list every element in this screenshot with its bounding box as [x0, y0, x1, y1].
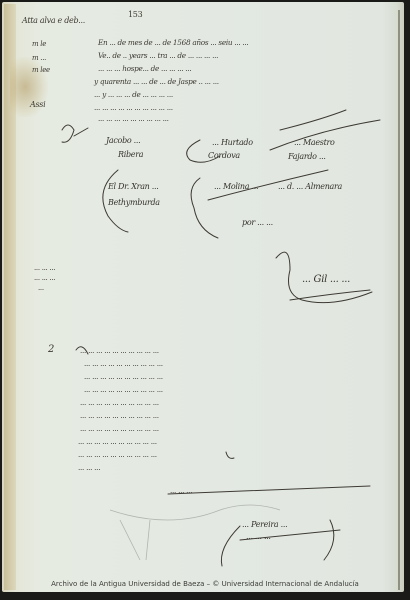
scan-bottom-edge — [0, 592, 410, 600]
handwriting-flourishes — [0, 0, 410, 600]
archive-credit: Archivo de la Antigua Universidad de Bae… — [0, 580, 410, 588]
